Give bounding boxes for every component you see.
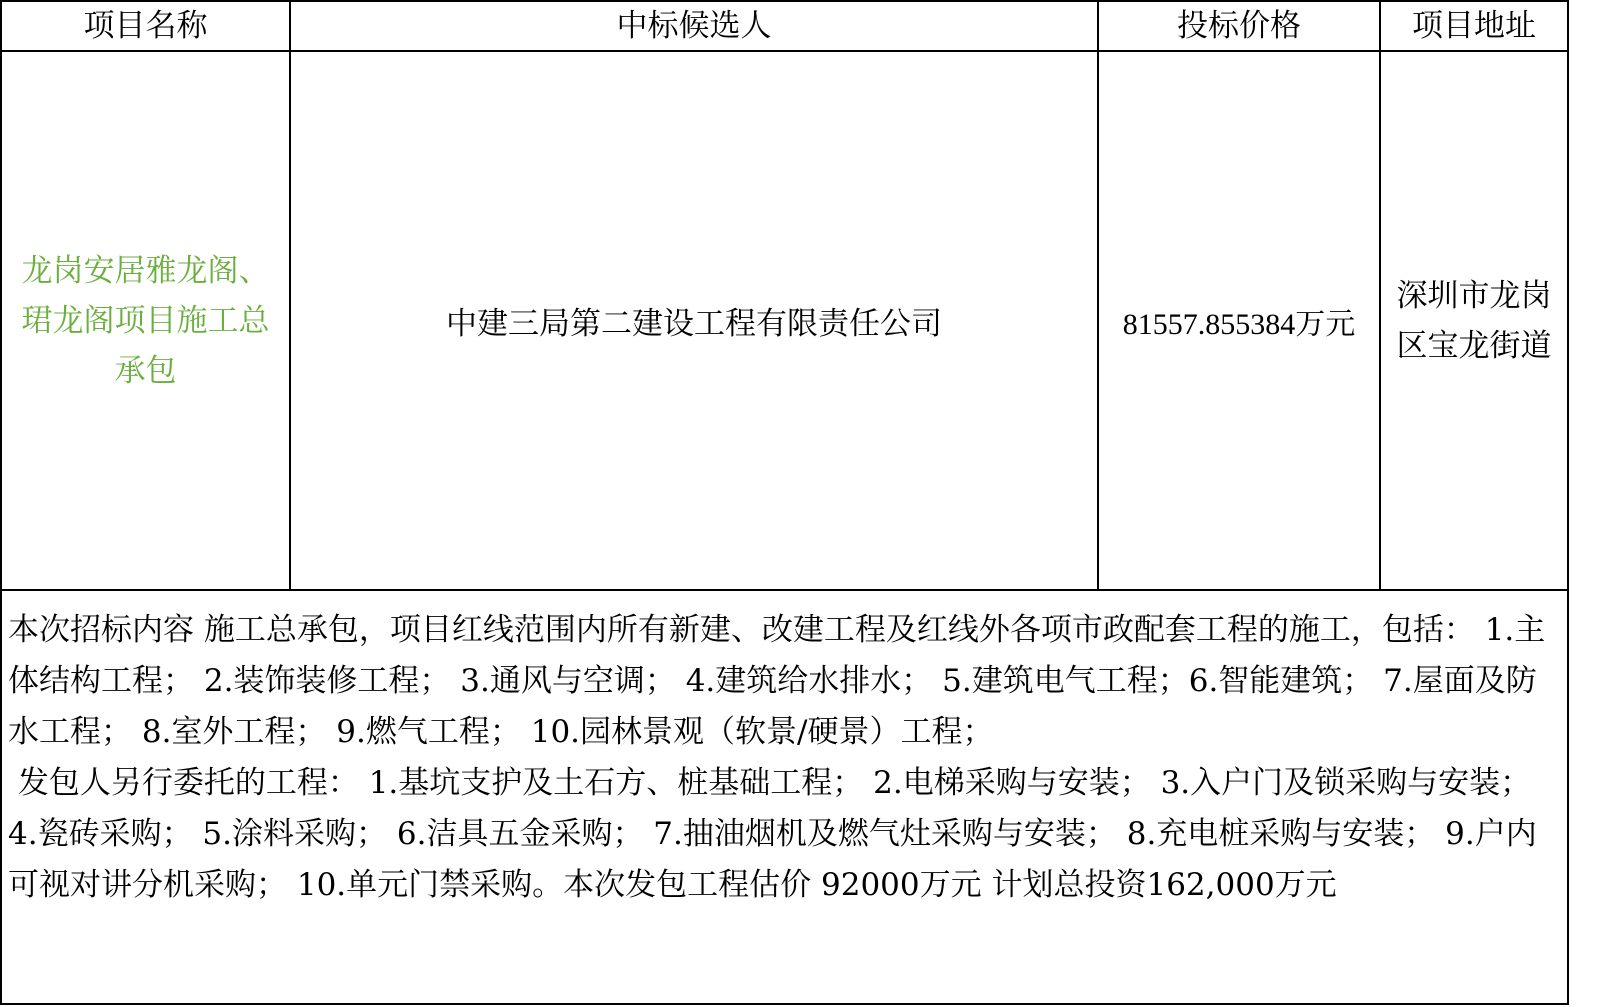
separate-contract-text: 发包人另行委托的工程： 1.基坑支护及土石方、桩基础工程； 2.电梯采购与安装；…	[8, 758, 1561, 911]
tender-scope-text: 本次招标内容 施工总承包，项目红线范围内所有新建、改建工程及红线外各项市政配套工…	[8, 605, 1561, 758]
description-row: 本次招标内容 施工总承包，项目红线范围内所有新建、改建工程及红线外各项市政配套工…	[1, 590, 1568, 1004]
bidder-cell: 中建三局第二建设工程有限责任公司	[290, 51, 1098, 590]
bid-price-cell: 81557.855384万元	[1098, 51, 1380, 590]
table-row: 龙岗安居雅龙阁、珺龙阁项目施工总承包 中建三局第二建设工程有限责任公司 8155…	[1, 51, 1568, 590]
description-cell: 本次招标内容 施工总承包，项目红线范围内所有新建、改建工程及红线外各项市政配套工…	[1, 590, 1568, 1004]
bid-result-table: 项目名称 中标候选人 投标价格 项目地址 龙岗安居雅龙阁、珺龙阁项目施工总承包 …	[0, 0, 1569, 1005]
header-bidder: 中标候选人	[290, 1, 1098, 51]
project-name-cell: 龙岗安居雅龙阁、珺龙阁项目施工总承包	[1, 51, 290, 590]
header-bid-price: 投标价格	[1098, 1, 1380, 51]
header-project-name: 项目名称	[1, 1, 290, 51]
header-project-address: 项目地址	[1380, 1, 1568, 51]
header-row: 项目名称 中标候选人 投标价格 项目地址	[1, 1, 1568, 51]
project-address-cell: 深圳市龙岗区宝龙街道	[1380, 51, 1568, 590]
